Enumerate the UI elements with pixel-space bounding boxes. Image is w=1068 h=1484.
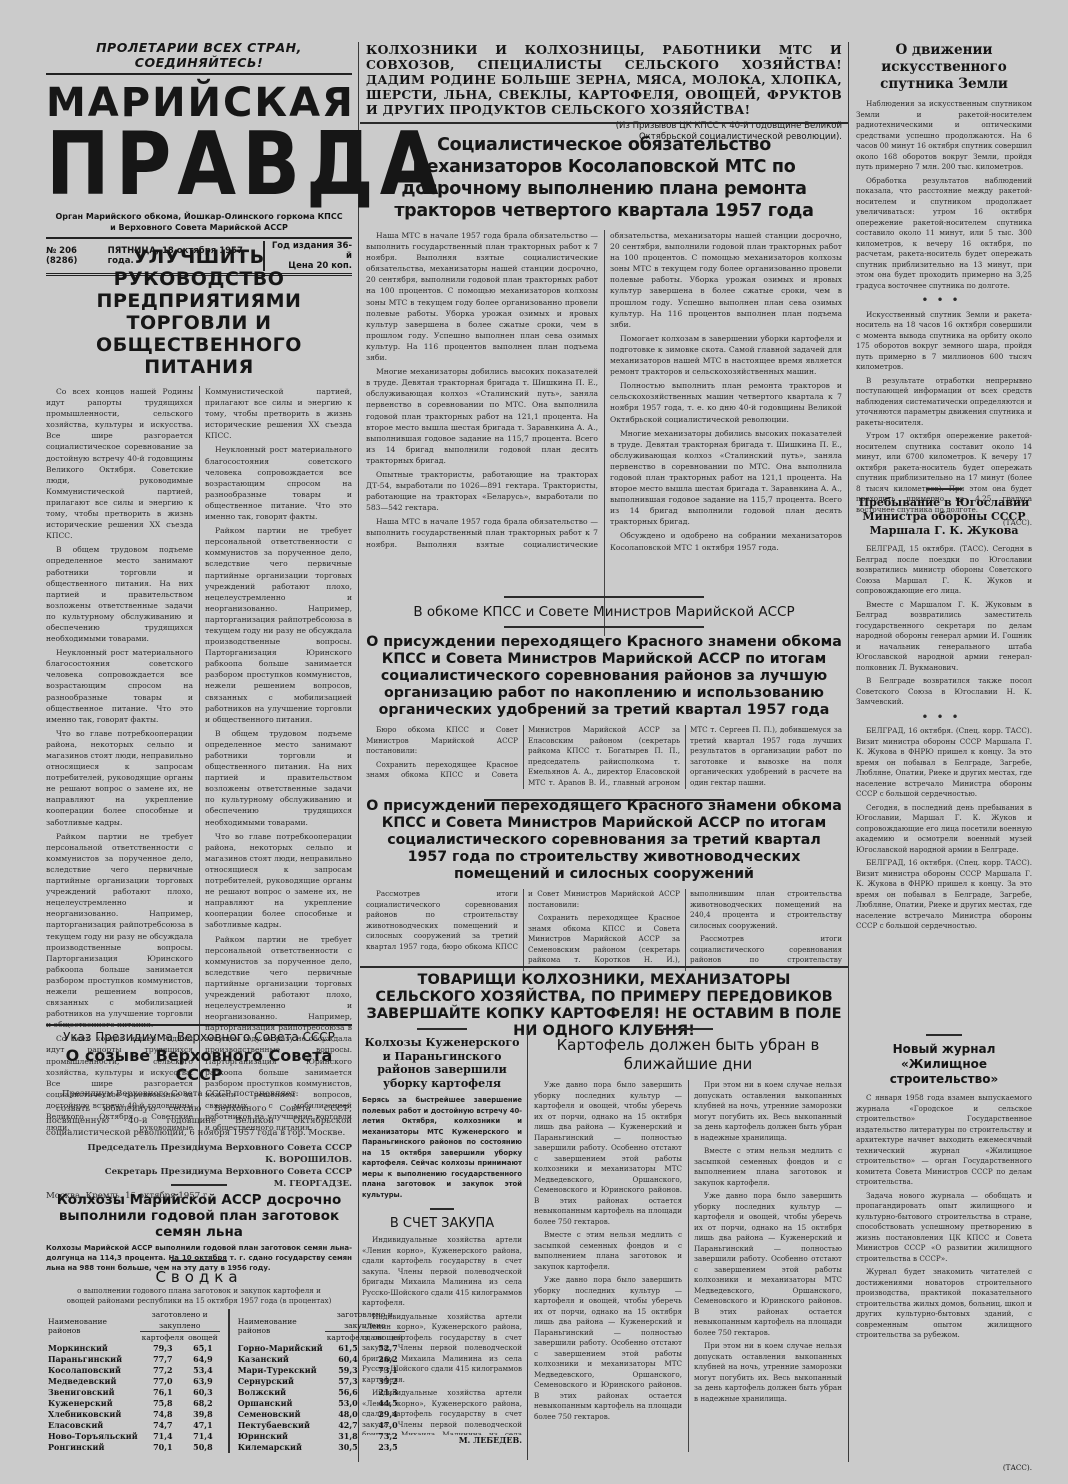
district-name: Юринский: [236, 1431, 325, 1442]
paragraph: В Белграде возвратился также посол Совет…: [856, 676, 1032, 708]
table-row: Ново-Торъяльский71,471,4: [46, 1431, 220, 1442]
headline-zhukov: Пребывание в Югославии Министра обороны …: [856, 496, 1032, 538]
svodka-subtitle: о выполнении годового плана заготовок и …: [46, 1286, 352, 1305]
paragraph: Уже давно пора было завершить уборку пос…: [534, 1080, 682, 1227]
potato-percent: 75,8: [140, 1398, 186, 1409]
article-potato-days: Картофель должен быть убран в ближайшие …: [534, 1028, 842, 1452]
separator-dots: •••: [856, 295, 1032, 306]
district-name: Моркинский: [46, 1343, 140, 1354]
headline-kuzhener: Колхозы Куженерского и Параньгинского ра…: [362, 1036, 522, 1090]
vegetables-percent: 60,3: [186, 1387, 220, 1398]
headline-flax: Колхозы Марийской АССР досрочно выполнил…: [46, 1192, 352, 1240]
table-row: Куженерский75,868,2: [46, 1398, 220, 1409]
paragraph: Неуклонный рост материального благососто…: [205, 444, 352, 522]
headline-ukaz: О созыве Верховного Совета СССР: [46, 1046, 352, 1084]
paragraph: Что во главе потребкооперации района, не…: [46, 728, 193, 828]
paragraph: При этом ни в коем случае нельзя допуска…: [694, 1080, 842, 1143]
table-row: Параньгинский77,764,9: [46, 1354, 220, 1365]
district-name: Медведевский: [46, 1376, 140, 1387]
col-potato-header: картофеля: [140, 1332, 186, 1344]
svodka-title: Сводка: [46, 1268, 352, 1286]
chair-title: Председатель Президиума Верховного Совет…: [46, 1142, 352, 1154]
headline-mts: Социалистическое обязательство механизат…: [366, 134, 842, 222]
article-obkom-fertilizer-body: Бюро обкома КПСС и Совет Министров Марий…: [366, 725, 842, 789]
headline-trade: УЛУЧШИТЬ РУКОВОДСТВО ПРЕДПРИЯТИЯМИ ТОРГО…: [46, 246, 352, 378]
potato-percent: 76,1: [140, 1387, 186, 1398]
paragraph: Многие механизаторы добились высоких пок…: [610, 428, 842, 528]
svodka-table: Наименование районов заготовлено и закуп…: [46, 1309, 352, 1453]
masthead: ПРОЛЕТАРИИ ВСЕХ СТРАН, СОЕДИНЯЙТЕСЬ! МАР…: [46, 40, 352, 276]
kuzhener-body: Берясь за быстрейшее завершение полевых …: [362, 1095, 522, 1200]
paragraph: Райком партии не требует персональной от…: [46, 831, 193, 1031]
paragraph: Президиум Верховного Совета СССР постано…: [46, 1088, 352, 1100]
vegetables-percent: 71,4: [186, 1431, 220, 1442]
article-potato-days-body: Уже давно пора было завершить уборку пос…: [534, 1080, 842, 1452]
chair-name: К. ВОРОШИЛОВ.: [46, 1154, 352, 1166]
table-row: Косолаповский77,253,4: [46, 1365, 220, 1376]
headline-obkom-construction: О присуждении переходящего Красного знам…: [366, 798, 842, 883]
paragraph: Индивидуальные хозяйства артели «Ленин к…: [362, 1235, 522, 1309]
paragraph: Бюро обкома КПСС и Совет Министров Марий…: [366, 725, 518, 757]
potato-percent: 77,7: [140, 1354, 186, 1365]
svodka-table-block: Сводка о выполнении годового плана загот…: [46, 1254, 352, 1453]
paragraph: В общем трудовом подъеме определенное ме…: [46, 544, 193, 644]
district-name: Волжский: [236, 1387, 325, 1398]
district-name: Семеновский: [236, 1409, 325, 1420]
paragraph: В результате отработки непрерывно поступ…: [856, 376, 1032, 429]
svodka-left: Наименование районов заготовлено и закуп…: [46, 1309, 220, 1453]
separator-dots: •••: [856, 712, 1032, 723]
district-name: Килемарский: [236, 1442, 325, 1453]
paragraph: Искусственный спутник Земли и ракета-нос…: [856, 310, 1032, 373]
article-obkom-fertilizer: В обкоме КПСС и Совете Министров Марийск…: [366, 596, 842, 807]
headline-journal: Новый журнал «Жилищное строительство»: [856, 1042, 1032, 1087]
paragraph: Журнал будет знакомить читателей с дости…: [856, 1267, 1032, 1341]
paragraph: Индивидуальные хозяйства артели «Ленин к…: [362, 1388, 522, 1435]
secretary-title: Секретарь Президиума Верховного Совета С…: [46, 1166, 352, 1178]
table-row: Ронгинский70,150,8: [46, 1442, 220, 1453]
potato-percent: 77,0: [140, 1376, 186, 1387]
masthead-slogan: ПРОЛЕТАРИИ ВСЕХ СТРАН, СОЕДИНЯЙТЕСЬ!: [46, 40, 352, 70]
paragraph: В общем трудовом подъеме определенное ме…: [205, 728, 352, 828]
paragraph: Обсуждено и одобрено на собрании механиз…: [610, 530, 842, 552]
district-name: Горно-Марийский: [236, 1343, 325, 1354]
district-name: Оршанский: [236, 1398, 325, 1409]
paragraph: Вместе с Маршалом Г. К. Жуковым в Белгра…: [856, 600, 1032, 674]
article-journal: Новый журнал «Жилищное строительство» С …: [856, 1034, 1032, 1472]
article-ukaz: Указ Президиума Верховного Совета СССР О…: [46, 1024, 352, 1202]
column-rule: [358, 42, 359, 1462]
vegetables-percent: 65,1: [186, 1343, 220, 1354]
headline-obkom-fertilizer: О присуждении переходящего Красного знам…: [366, 634, 842, 719]
article-obkom-construction: О присуждении переходящего Красного знам…: [366, 798, 842, 971]
masthead-title-line2: ПРАВДА: [46, 119, 352, 209]
district-name: Казанский: [236, 1354, 325, 1365]
paragraph: Обработка результатов наблюдений показал…: [856, 176, 1032, 292]
col-name-header: Наименование районов: [46, 1309, 140, 1343]
vegetables-percent: 68,2: [186, 1398, 220, 1409]
table-row: Звениговский76,160,3: [46, 1387, 220, 1398]
district-name: Ронгинский: [46, 1442, 140, 1453]
ukaz-kicker: Указ Президиума Верховного Совета СССР: [46, 1030, 352, 1044]
paragraph: Многие механизаторы добились высоких пок…: [366, 366, 598, 466]
paragraph: Полностью выполнить план ремонта трактор…: [610, 380, 842, 424]
vegetables-percent: 53,4: [186, 1365, 220, 1376]
table-row: Еласовский74,747,1: [46, 1420, 220, 1431]
article-kuzhener: Колхозы Куженерского и Параньгинского ра…: [362, 1028, 522, 1445]
journal-source: (ТАСС).: [856, 1463, 1032, 1472]
agri-slogan: КОЛХОЗНИКИ И КОЛХОЗНИЦЫ, РАБОТНИКИ МТС И…: [366, 42, 842, 143]
potato-percent: 74,8: [140, 1409, 186, 1420]
paragraph: созвать юбилейную сессию Верховного Сове…: [46, 1103, 352, 1139]
paragraph: Сегодня, в последний день пребывания в Ю…: [856, 803, 1032, 856]
district-name: Куженерский: [46, 1398, 140, 1409]
potato-percent: 70,1: [140, 1442, 186, 1453]
article-journal-body: С января 1958 года взамен выпускаемого ж…: [856, 1093, 1032, 1463]
article-sputnik-body: Наблюдения за искусственным спутником Зе…: [856, 99, 1032, 529]
headline-zakup: В СЧЕТ ЗАКУПА: [362, 1216, 522, 1231]
masthead-organ-line2: и Верховного Совета Марийской АССР: [46, 222, 352, 233]
svodka-left-table: Наименование районов заготовлено и закуп…: [46, 1309, 220, 1453]
vegetables-percent: 39,8: [186, 1409, 220, 1420]
vegetables-percent: 47,1: [186, 1420, 220, 1431]
column-rule: [848, 42, 849, 1462]
potato-percent: 79,3: [140, 1343, 186, 1354]
paragraph: Опытные трактористы, работающие на тракт…: [366, 469, 598, 513]
table-row: Моркинский79,365,1: [46, 1343, 220, 1354]
paragraph: С января 1958 года взамен выпускаемого ж…: [856, 1093, 1032, 1188]
article-zhukov: Пребывание в Югославии Министра обороны …: [856, 488, 1032, 1064]
article-obkom-construction-body: Рассмотрев итоги социалистического сорев…: [366, 889, 842, 971]
article-zhukov-body: БЕЛГРАД, 15 октября. (ТАСС). Сегодня в Б…: [856, 544, 1032, 1064]
district-name: Мари-Турекский: [236, 1365, 325, 1376]
paragraph: Уже давно пора было завершить уборку пос…: [534, 1275, 682, 1422]
article-sputnik: О движении искусственного спутника Земли…: [856, 42, 1032, 529]
col-veg-header: овощей: [186, 1332, 220, 1344]
paragraph: Вместе с этим нельзя медлить с засыпкой …: [534, 1230, 682, 1272]
article-mts: Социалистическое обязательство механизат…: [366, 134, 842, 636]
district-name: Хлебниковский: [46, 1409, 140, 1420]
table-row: Медведевский77,063,9: [46, 1376, 220, 1387]
vegetables-percent: 50,8: [186, 1442, 220, 1453]
district-name: Косолаповский: [46, 1365, 140, 1376]
district-name: Пектубаевский: [236, 1420, 325, 1431]
paragraph: БЕЛГРАД, 15 октября. (ТАСС). Сегодня в Б…: [856, 544, 1032, 597]
zakup-signature: М. ЛЕБЕДЕВ.: [362, 1435, 522, 1445]
paragraph: Наша МТС в начале 1957 года брала обязат…: [366, 230, 598, 363]
paragraph: Неуклонный рост материального благососто…: [46, 647, 193, 725]
paragraph: Что во главе потребкооперации района, не…: [205, 831, 352, 931]
headline-sputnik: О движении искусственного спутника Земли: [856, 42, 1032, 93]
paragraph: БЕЛГРАД, 16 октября. (Спец. корр. ТАСС).…: [856, 858, 1032, 932]
paragraph: Уже давно пора было завершить уборку пос…: [694, 1191, 842, 1338]
district-name: Еласовский: [46, 1420, 140, 1431]
section-title-obkom: В обкоме КПСС и Совете Министров Марийск…: [366, 604, 842, 620]
district-name: Сернурский: [236, 1376, 325, 1387]
paragraph: Индивидуальные хозяйства артели «Ленин к…: [362, 1312, 522, 1386]
paragraph: При этом ни в коем случае нельзя допуска…: [694, 1341, 842, 1404]
agri-slogan-text: КОЛХОЗНИКИ И КОЛХОЗНИЦЫ, РАБОТНИКИ МТС И…: [366, 42, 842, 117]
col-name-header: Наименование районов: [236, 1309, 325, 1343]
article-trade: УЛУЧШИТЬ РУКОВОДСТВО ПРЕДПРИЯТИЯМИ ТОРГО…: [46, 246, 352, 1146]
headline-potato-days: Картофель должен быть убран в ближайшие …: [534, 1036, 842, 1074]
district-name: Ново-Торъяльский: [46, 1431, 140, 1442]
district-name: Звениговский: [46, 1387, 140, 1398]
paragraph: Наблюдения за искусственным спутником Зе…: [856, 99, 1032, 173]
vegetables-percent: 64,9: [186, 1354, 220, 1365]
paragraph: БЕЛГРАД, 16 октября. (Спец. корр. ТАСС).…: [856, 726, 1032, 800]
district-name: Параньгинский: [46, 1354, 140, 1365]
paragraph: Задача нового журнала — обобщать и пропа…: [856, 1191, 1032, 1265]
paragraph: Вместе с этим нельзя медлить с засыпкой …: [694, 1146, 842, 1188]
potato-percent: 77,2: [140, 1365, 186, 1376]
potato-percent: 74,7: [140, 1420, 186, 1431]
paragraph: Помогает колхозам в завершении уборки ка…: [610, 333, 842, 377]
vegetables-percent: 63,9: [186, 1376, 220, 1387]
paragraph: Со всех концов нашей Родины идут рапорты…: [46, 386, 193, 541]
paragraph: Райком партии не требует персональной от…: [205, 525, 352, 725]
article-mts-body: Наша МТС в начале 1957 года брала обязат…: [366, 230, 842, 636]
potato-percent: 71,4: [140, 1431, 186, 1442]
col-group-header: заготовлено и закуплено: [140, 1309, 220, 1332]
newspaper-page: ПРОЛЕТАРИИ ВСЕХ СТРАН, СОЕДИНЯЙТЕСЬ! МАР…: [0, 0, 1068, 1484]
zakup-body: Индивидуальные хозяйства артели «Ленин к…: [362, 1235, 522, 1435]
table-row: Хлебниковский74,839,8: [46, 1409, 220, 1420]
